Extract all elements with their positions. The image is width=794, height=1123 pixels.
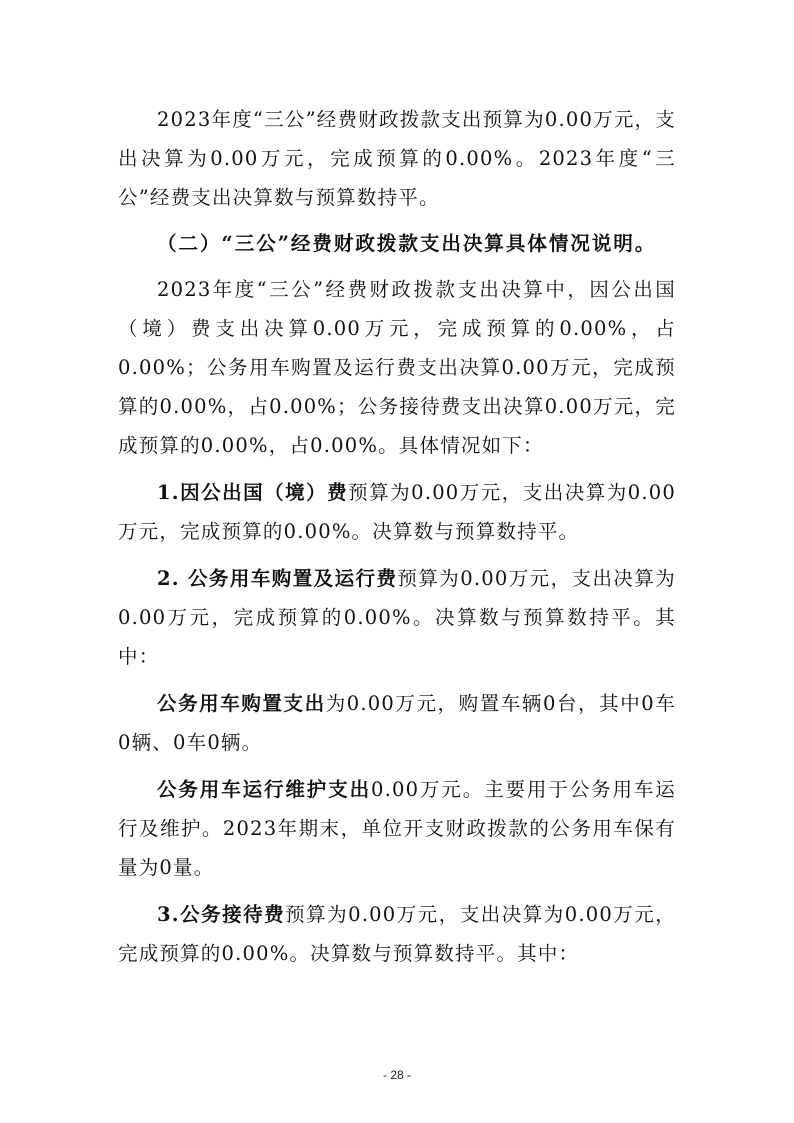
paragraph-reception: 3.公务接待费预算为0.00万元，支出决算为0.00万元，完成预算的0.00%。… — [118, 895, 676, 973]
section-heading: （二）“三公”经费财政拨款支出决算具体情况说明。 — [118, 224, 676, 263]
paragraph-breakdown: 2023年度“三公”经费财政拨款支出决算中，因公出国（境）费支出决算0.00万元… — [118, 270, 676, 465]
paragraph-budget-summary: 2023年度“三公”经费财政拨款支出预算为0.00万元，支出决算为0.00万元，… — [118, 100, 676, 217]
paragraph-vehicle-maintenance: 公务用车运行维护支出0.00万元。主要用于公务用车运行及维护。2023年期末，单… — [118, 770, 676, 887]
page-number: - 28 - — [0, 1068, 794, 1082]
paragraph-vehicle-purchase: 公务用车购置支出为0.00万元，购置车辆0台，其中0车0辆、0车0辆。 — [118, 684, 676, 762]
item-title: 公务用车运行维护支出 — [157, 778, 371, 801]
item-title: 1.因公出国（境）费 — [157, 481, 348, 504]
item-title: 公务用车购置支出 — [157, 692, 326, 715]
item-title: 3.公务接待费 — [157, 903, 285, 926]
paragraph-overseas-travel: 1.因公出国（境）费预算为0.00万元，支出决算为0.00万元，完成预算的0.0… — [118, 473, 676, 551]
paragraph-vehicle: 2. 公务用车购置及运行费预算为0.00万元，支出决算为0.00万元，完成预算的… — [118, 559, 676, 676]
item-title: 2. 公务用车购置及运行费 — [157, 567, 397, 590]
document-page: 2023年度“三公”经费财政拨款支出预算为0.00万元，支出决算为0.00万元，… — [118, 100, 676, 973]
